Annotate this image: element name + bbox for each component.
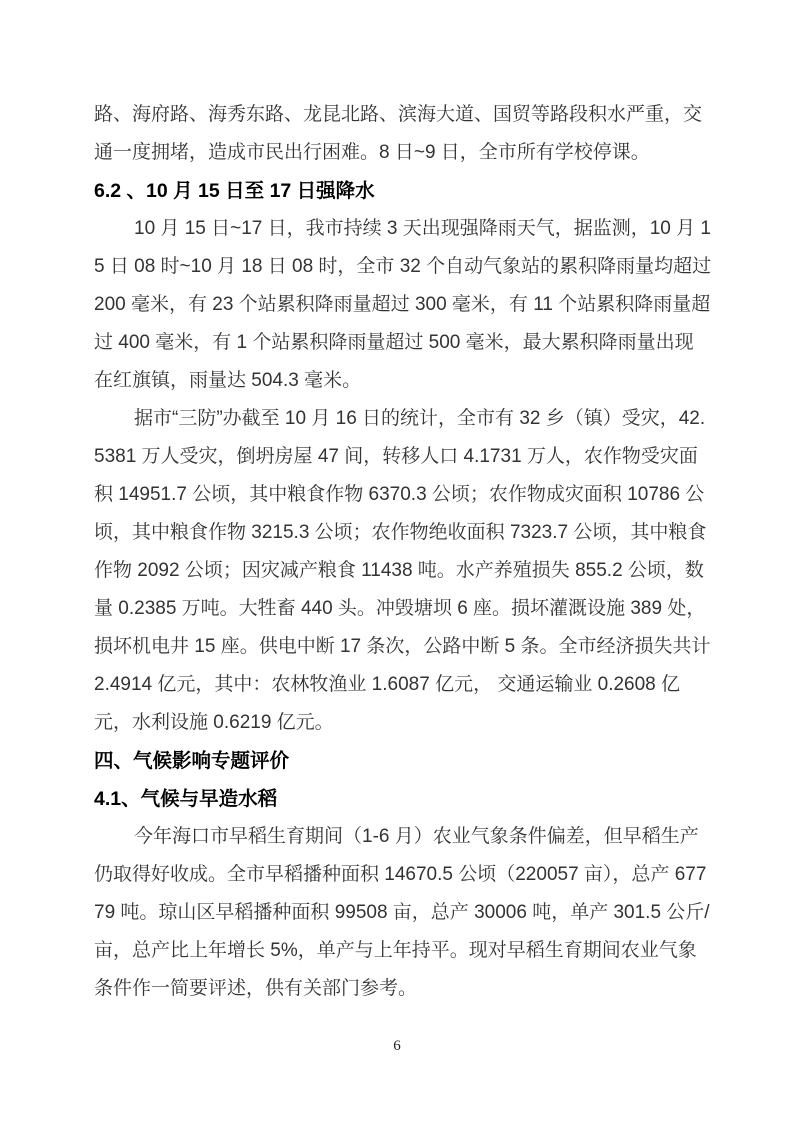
- heading-6-2-oct-15-17-heavy-rain: 6.2 、10 月 15 日至 17 日强降水: [94, 172, 712, 210]
- heading-section-4-climate-impact-evaluation: 四、气候影响专题评价: [94, 742, 712, 780]
- paragraph-early-rice-production: 今年海口市早稻生育期间（1-6 月）农业气象条件偏差，但早稻生产仍取得好收成。全…: [94, 818, 712, 1008]
- paragraph-rainfall-monitoring: 10 月 15 日~17 日，我市持续 3 天出现强降雨天气，据监测，10 月 …: [94, 210, 712, 400]
- heading-4-1-climate-and-early-rice: 4.1、气候与早造水稻: [94, 780, 712, 818]
- document-page: 路、海府路、海秀东路、龙昆北路、滨海大道、国贸等路段积水严重，交通一度拥堵，造成…: [0, 0, 794, 1123]
- paragraph-disaster-statistics: 据市“三防”办截至 10 月 16 日的统计，全市有 32 乡（镇）受灾，42.…: [94, 400, 712, 742]
- document-body: 路、海府路、海秀东路、龙昆北路、滨海大道、国贸等路段积水严重，交通一度拥堵，造成…: [94, 96, 712, 1008]
- page-number: 6: [0, 1036, 794, 1056]
- paragraph-road-flooding: 路、海府路、海秀东路、龙昆北路、滨海大道、国贸等路段积水严重，交通一度拥堵，造成…: [94, 96, 712, 172]
